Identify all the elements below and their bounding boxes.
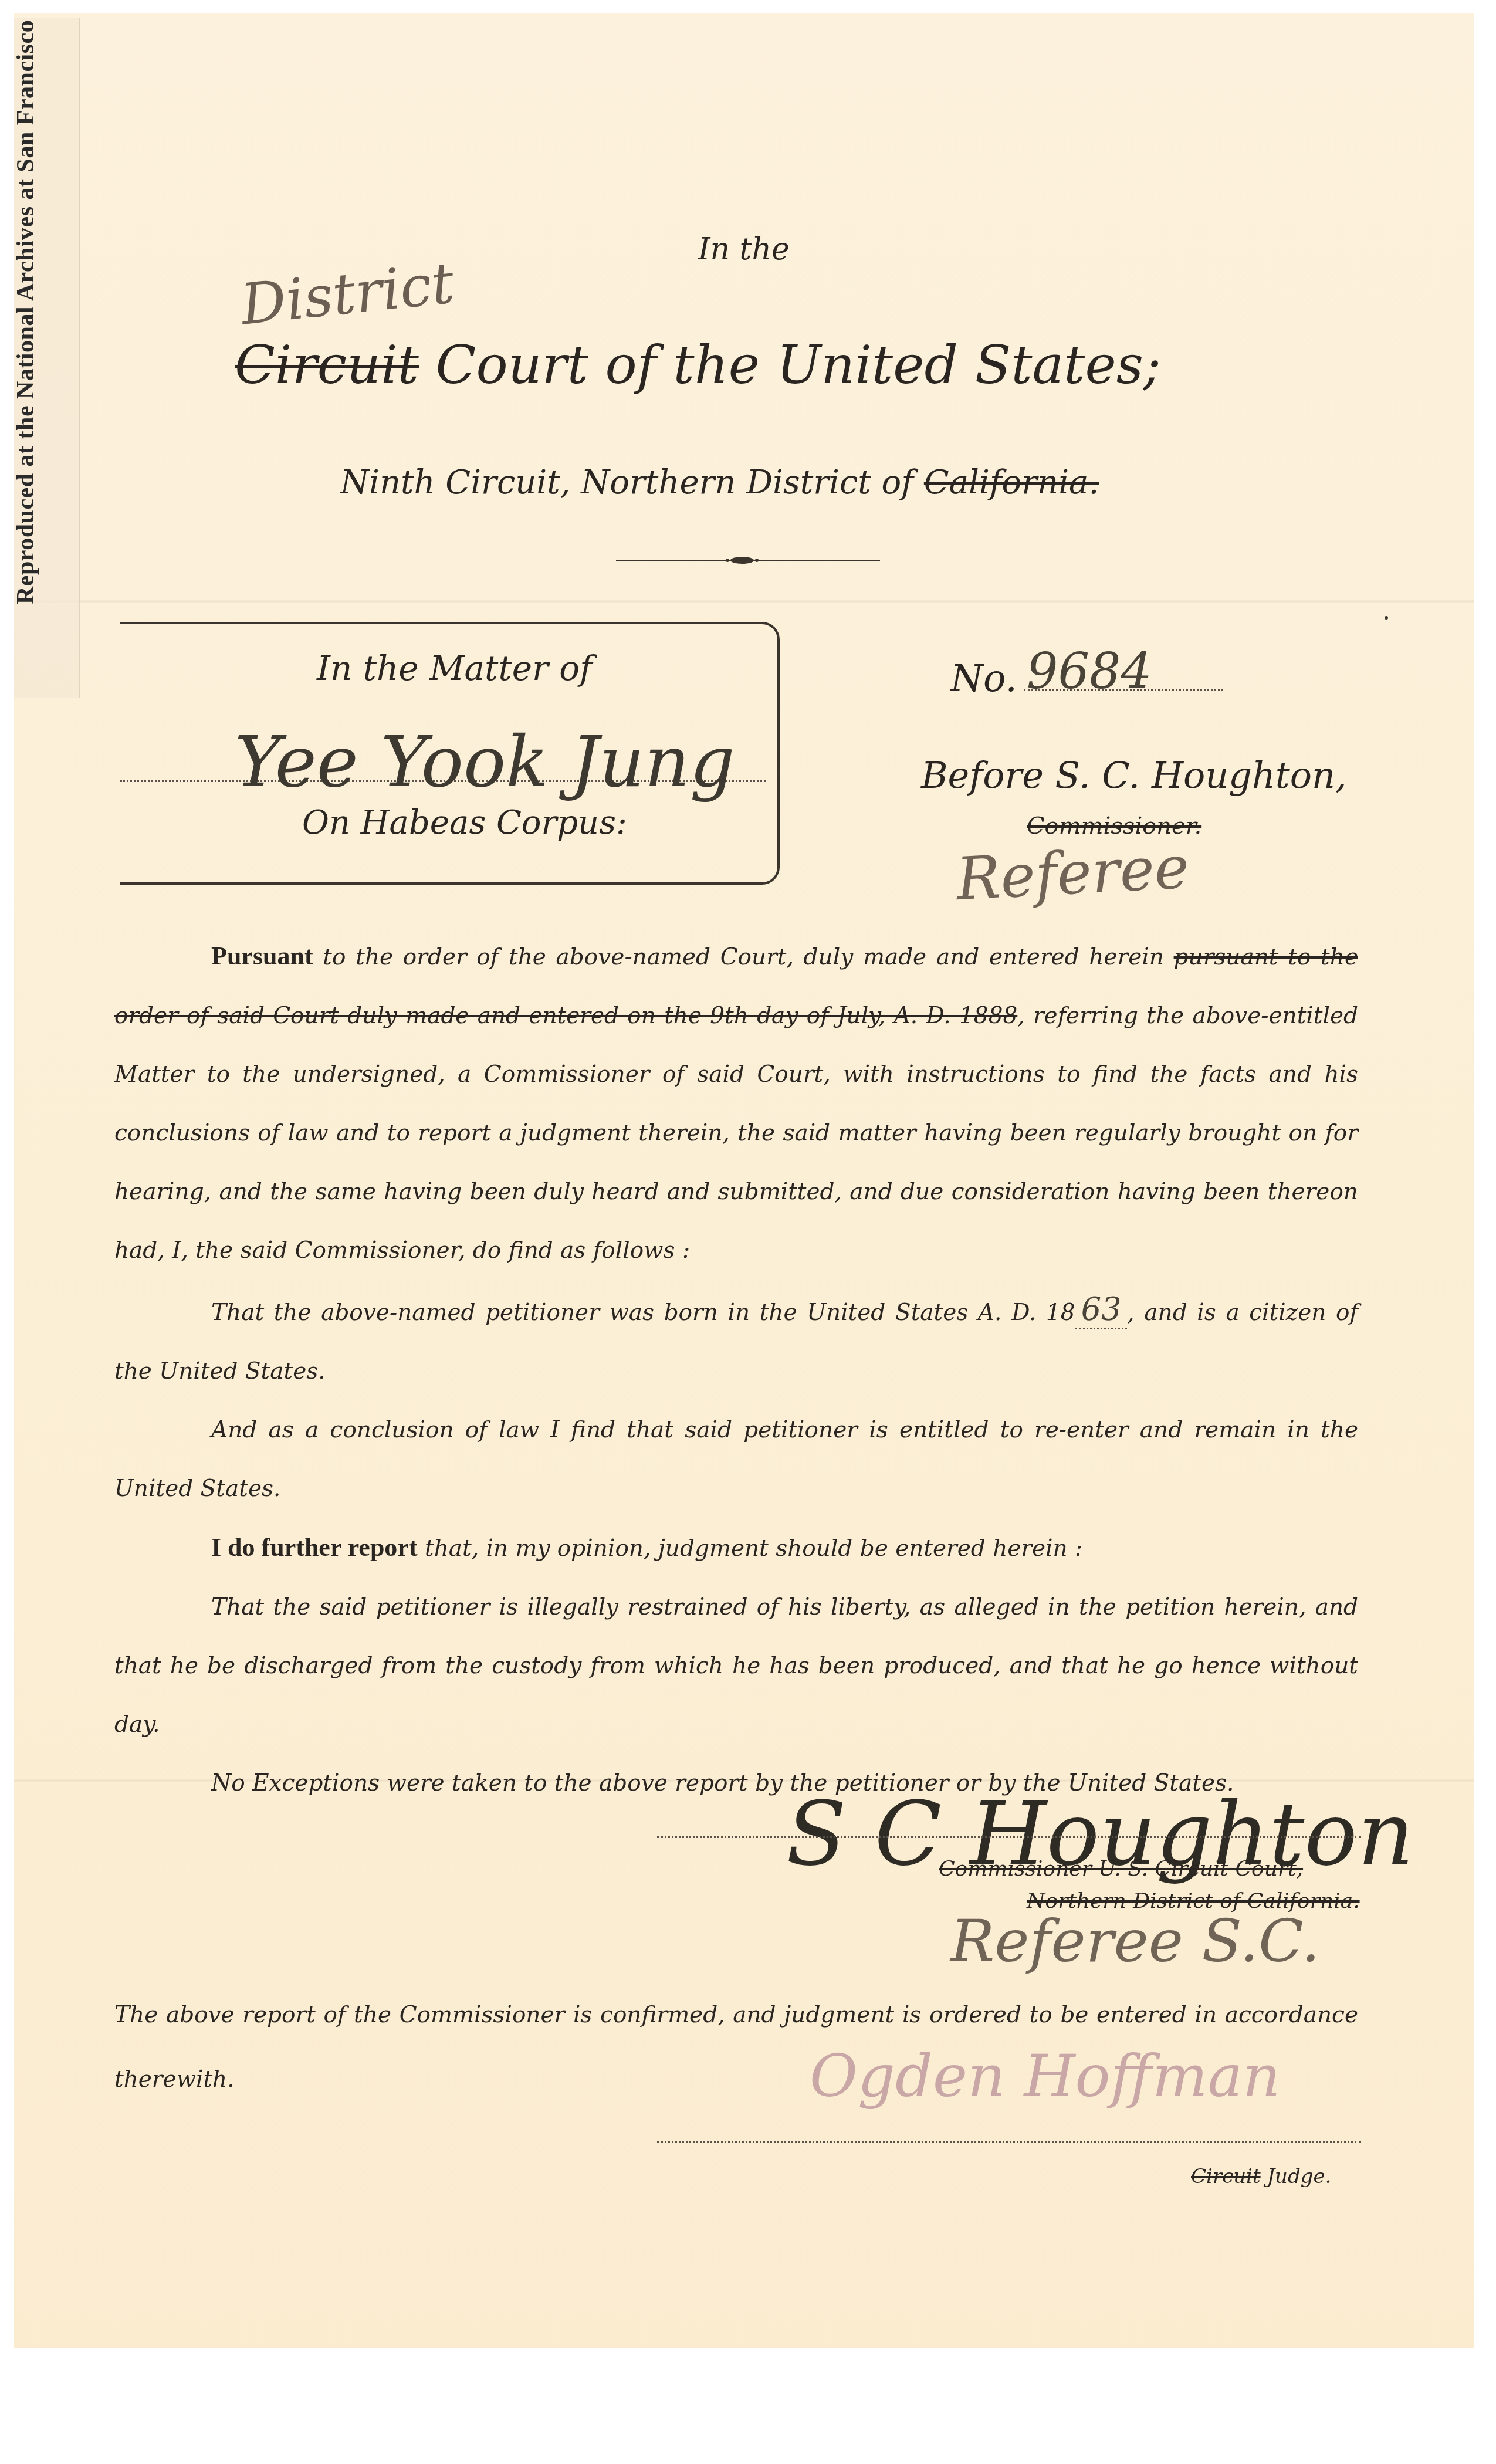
district-line-text: Ninth Circuit, Northern District of — [340, 463, 913, 502]
referee-handwritten-2: Referee S.C. — [950, 1907, 1320, 1975]
district-struck: California. — [924, 463, 1099, 502]
judge-title-struck: Circuit — [1191, 2165, 1261, 2188]
lead-pursuant: Pursuant — [211, 942, 313, 970]
case-number-handwritten: 9684 — [1027, 642, 1152, 700]
court-struck: Circuit — [235, 334, 419, 396]
paragraph-discharge: That the said petitioner is illegally re… — [114, 1578, 1358, 1754]
judge-signature: Ogden Hoffman — [810, 2042, 1281, 2110]
court-title: Circuit Court of the United States; — [235, 334, 1161, 396]
district-line: Ninth Circuit, Northern District of Cali… — [340, 463, 1099, 502]
before-commissioner: Before S. C. Houghton, — [921, 754, 1347, 797]
birth-year-handwritten: 63 — [1075, 1291, 1128, 1329]
matter-title: In the Matter of — [317, 648, 593, 688]
court-title-text: Court of the United States; — [436, 334, 1162, 396]
para2-text-a: That the above-named petitioner was born… — [211, 1299, 1075, 1326]
paragraph-pursuant: Pursuant to the order of the above-named… — [114, 927, 1358, 1280]
lead-further-report: I do further report — [211, 1533, 418, 1562]
referee-handwritten: Referee — [955, 833, 1190, 914]
commissioner-title-struck-line1: Commissioner U. S. Circuit Court, — [939, 1857, 1303, 1881]
judge-signature-line — [657, 2141, 1361, 2143]
paragraph-birth: That the above-named petitioner was born… — [114, 1280, 1358, 1401]
paragraph-further-report: I do further report that, in my opinion,… — [114, 1518, 1358, 1578]
para4-text: that, in my opinion, judgment should be … — [418, 1535, 1083, 1562]
speck — [1385, 616, 1388, 620]
proceeding-type: On Habeas Corpus: — [302, 804, 627, 842]
para1-text-b: , referring the above-entitled Matter to… — [114, 1003, 1358, 1264]
petitioner-name-handwritten: Yee Yook Jung — [235, 722, 735, 803]
judge-title-text: Judge. — [1267, 2165, 1331, 2188]
commissioner-signature-line — [657, 1836, 1361, 1838]
judge-title: Circuit Judge. — [1191, 2165, 1331, 2188]
ornament-divider — [616, 554, 880, 566]
paragraph-conclusion: And as a conclusion of law I find that s… — [114, 1401, 1358, 1518]
case-number-label: No. — [950, 657, 1017, 700]
case-number-line — [1024, 689, 1223, 691]
header-in-the: In the — [698, 232, 790, 267]
report-body: Pursuant to the order of the above-named… — [114, 927, 1358, 1813]
para1-text-a: to the order of the above-named Court, d… — [313, 944, 1174, 970]
archive-stamp: Reproduced at the National Archives at S… — [12, 20, 40, 604]
